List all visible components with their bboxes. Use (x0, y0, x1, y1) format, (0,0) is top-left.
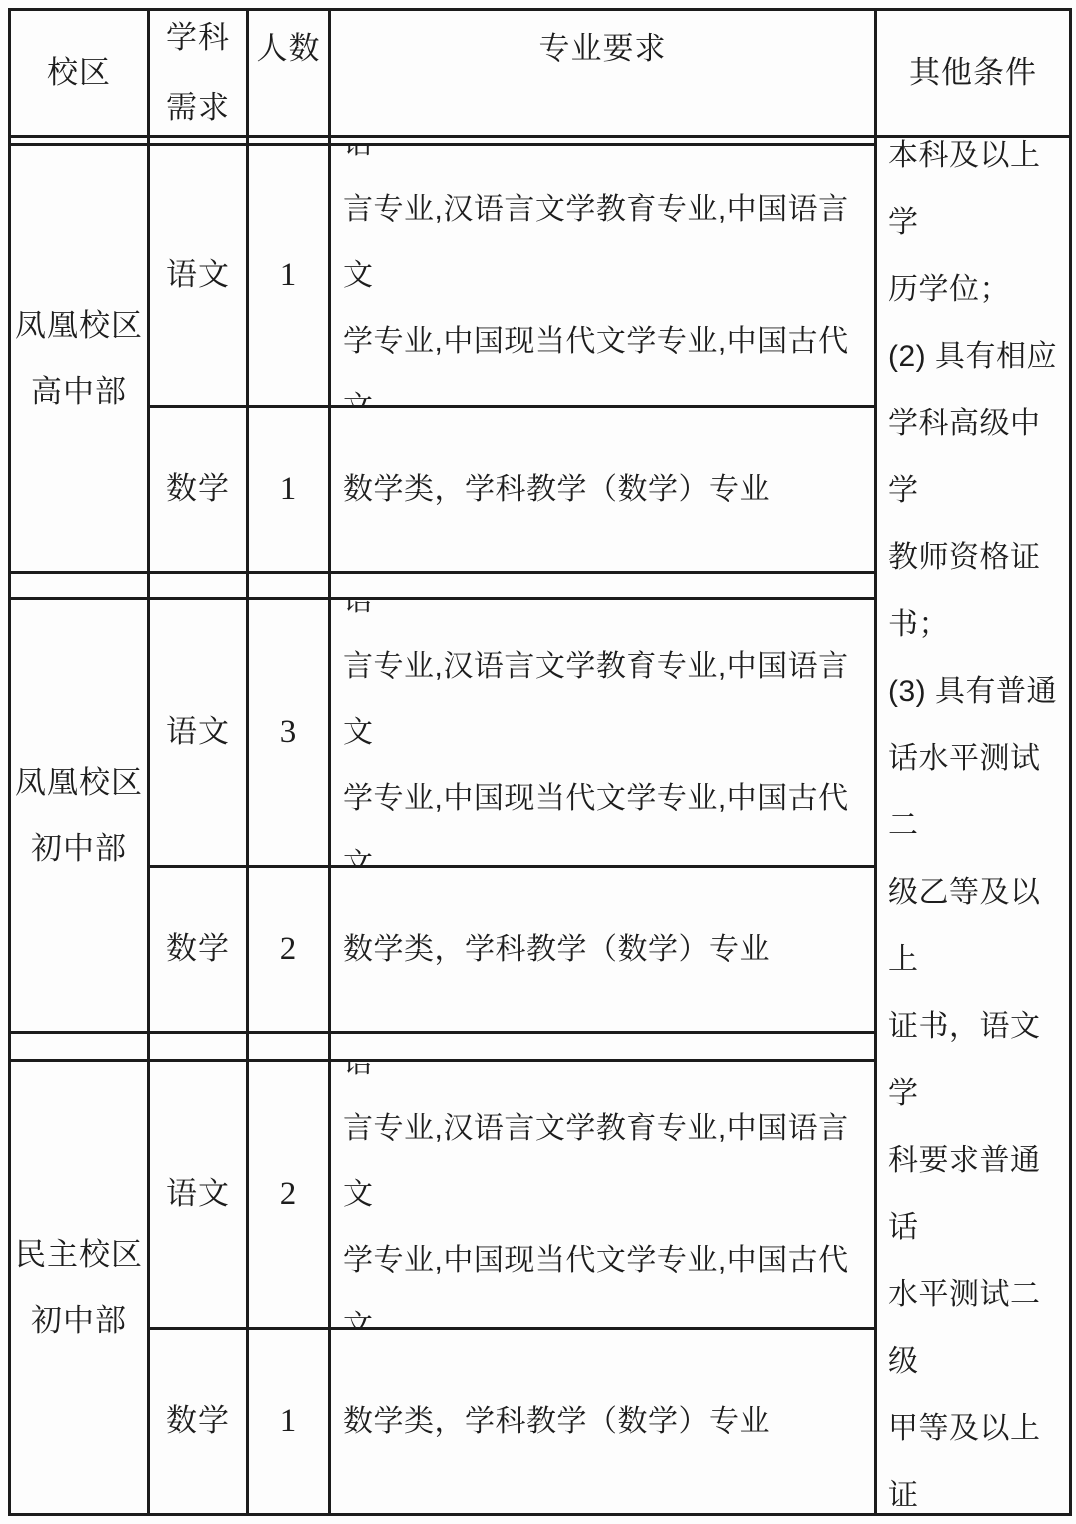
subject-cell: 数学 (150, 868, 249, 1034)
subject-cell: 语文 (150, 1062, 249, 1330)
section-divider-segment (249, 1034, 331, 1062)
major-cell: 汉语言文学专业,汉语言文字学专业,汉语 言专业,汉语言文学教育专业,中国语言文 … (331, 1062, 877, 1330)
section-divider-segment (150, 1034, 249, 1062)
major-cell: 数学类，学科教学（数学）专业 (331, 408, 877, 574)
header-subject: 学科 需求 (150, 11, 249, 138)
section-divider-segment (150, 574, 249, 600)
section-divider-segment (11, 1034, 150, 1062)
major-cell: 数学类，学科教学（数学）专业 (331, 868, 877, 1034)
major-cell: 汉语言文学专业,汉语言文字学专业,汉语 言专业,汉语言文学教育专业,中国语言文 … (331, 146, 877, 408)
subject-cell: 语文 (150, 600, 249, 868)
header-divider-segment (249, 138, 331, 146)
count-cell: 2 (249, 868, 331, 1034)
header-divider-segment (150, 138, 249, 146)
campus-cell: 凤凰校区 高中部 (11, 146, 150, 574)
major-cell: 汉语言文学专业,汉语言文字学专业,汉语 言专业,汉语言文学教育专业,中国语言文 … (331, 600, 877, 868)
count-cell: 1 (249, 1330, 331, 1513)
header-major: 专业要求 (331, 11, 877, 138)
count-cell: 1 (249, 146, 331, 408)
section-divider-segment (331, 574, 877, 600)
major-cell: 数学类，学科教学（数学）专业 (331, 1330, 877, 1513)
count-cell: 1 (249, 408, 331, 574)
subject-cell: 数学 (150, 408, 249, 574)
subject-cell: 语文 (150, 146, 249, 408)
recruitment-table: 校区 学科 需求 人数 专业要求 其他条件 (1) 具有大学 本科及以上学 历学… (8, 8, 1072, 1516)
header-campus: 校区 (11, 11, 150, 138)
count-cell: 3 (249, 600, 331, 868)
count-cell: 2 (249, 1062, 331, 1330)
section-divider-segment (249, 574, 331, 600)
header-other-conditions: 其他条件 (877, 11, 1069, 138)
subject-cell: 数学 (150, 1330, 249, 1513)
header-count: 人数 (249, 11, 331, 138)
header-divider-segment (331, 138, 877, 146)
campus-cell: 民主校区 初中部 (11, 1062, 150, 1513)
section-divider-segment (331, 1034, 877, 1062)
section-divider-segment (11, 574, 150, 600)
other-conditions-cell: (1) 具有大学 本科及以上学 历学位； (2) 具有相应 学科高级中学 教师资… (877, 138, 1069, 1513)
campus-cell: 凤凰校区 初中部 (11, 600, 150, 1034)
header-divider-segment (11, 138, 150, 146)
